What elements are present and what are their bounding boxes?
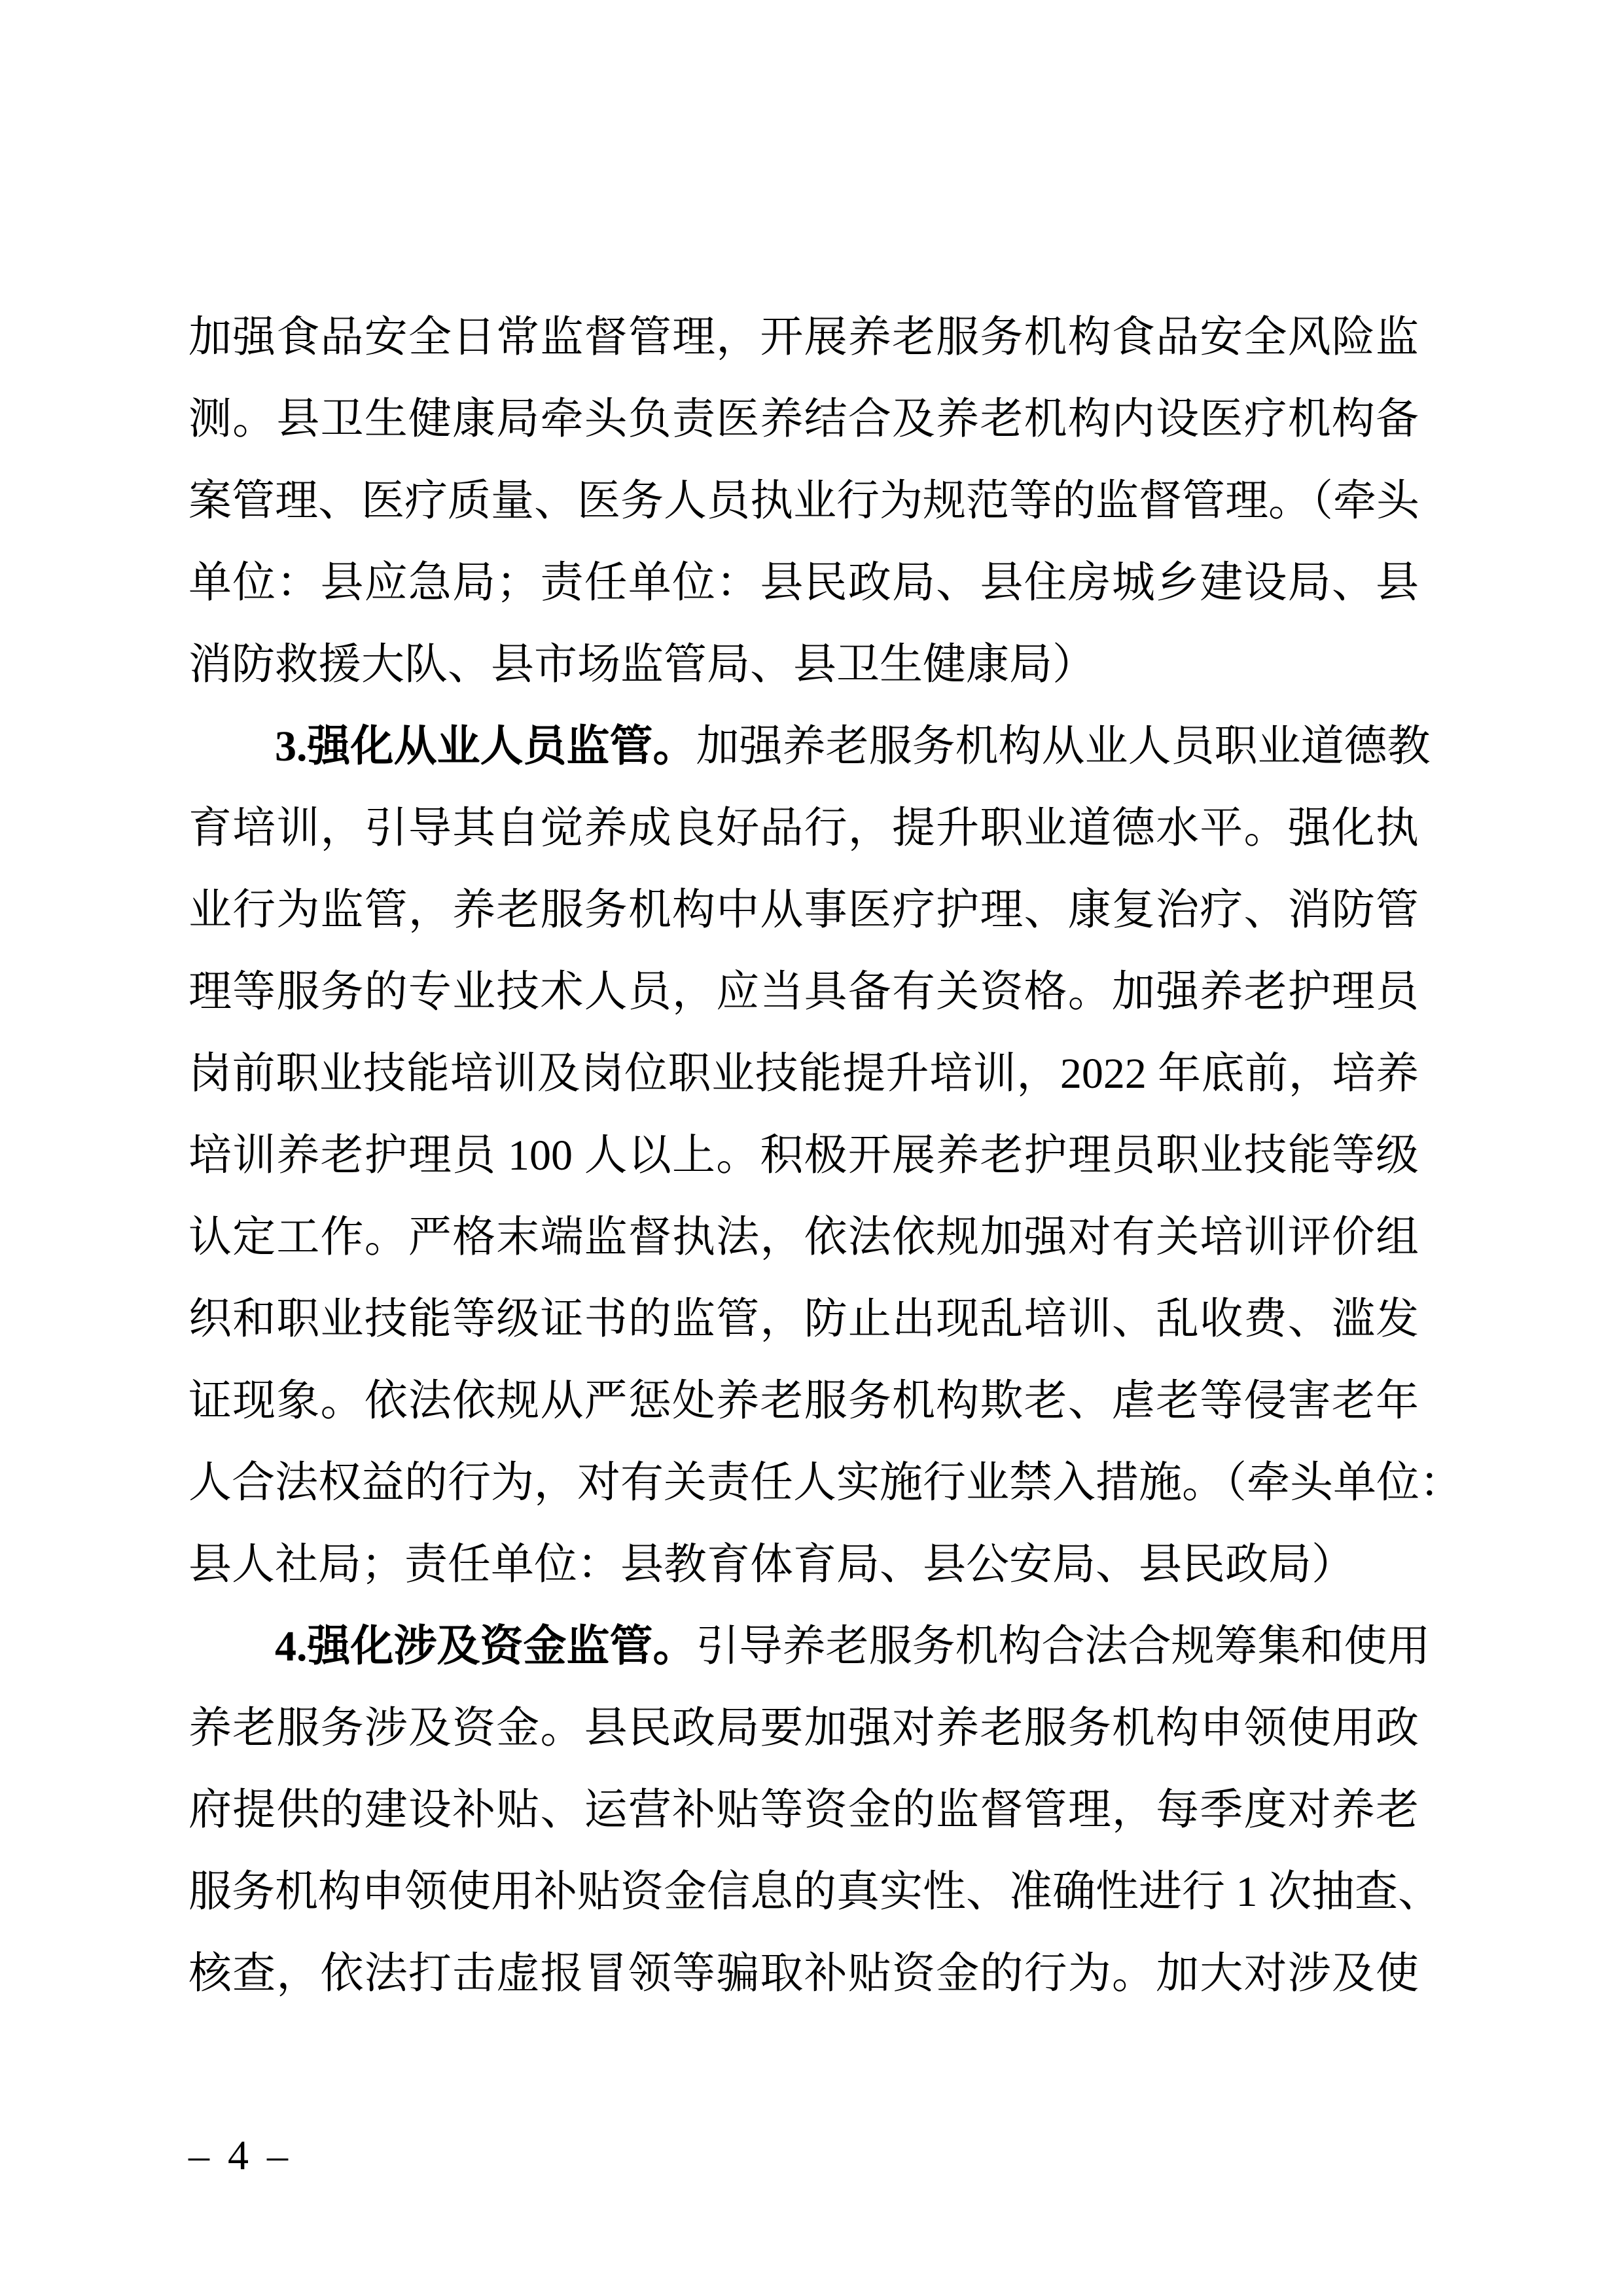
body-text-segment: 服务机构申领使用补贴资金信息的真实性、准确性进行 1 次抽查、 <box>188 1868 1441 1916</box>
text-line: 消防救援大队、县市场监管局、县卫生健康局） <box>188 624 1419 706</box>
text-line: 单位：县应急局；责任单位：县民政局、县住房城乡建设局、县 <box>188 542 1419 624</box>
text-line: 案管理、医疗质量、医务人员执业行为规范等的监督管理。（牵头 <box>188 460 1419 542</box>
body-text-segment: 加强食品安全日常监督管理，开展养老服务机构食品安全风险监 <box>188 314 1419 361</box>
body-text-segment: 证现象。依法依规从严惩处养老服务机构欺老、虐老等侵害老年 <box>188 1377 1419 1425</box>
body-text-segment: 消防救援大队、县市场监管局、县卫生健康局） <box>188 641 1096 689</box>
body-text-segment: 测。县卫生健康局牵头负责医养结合及养老机构内设医疗机构备 <box>188 395 1419 443</box>
heading-text-segment: 3.强化从业人员监管。 <box>275 723 696 770</box>
body-text-segment: 人合法权益的行为，对有关责任人实施行业禁入措施。（牵头单位： <box>188 1459 1463 1507</box>
heading-text-segment: 4.强化涉及资金监管。 <box>275 1623 696 1670</box>
text-line: 育培训，引导其自觉养成良好品行，提升职业道德水平。强化执 <box>188 787 1419 869</box>
text-line: 测。县卫生健康局牵头负责医养结合及养老机构内设医疗机构备 <box>188 378 1419 460</box>
body-text-segment: 岗前职业技能培训及岗位职业技能提升培训，2022 年底前，培养 <box>188 1050 1419 1098</box>
body-text-segment: 织和职业技能等级证书的监管，防止出现乱培训、乱收费、滥发 <box>188 1295 1419 1343</box>
body-text-segment: 引导养老服务机构合法合规筹集和使用 <box>696 1623 1431 1670</box>
text-line: 业行为监管，养老服务机构中从事医疗护理、康复治疗、消防管 <box>188 869 1419 951</box>
text-line: 理等服务的专业技术人员，应当具备有关资格。加强养老护理员 <box>188 951 1419 1033</box>
text-line: 府提供的建设补贴、运营补贴等资金的监督管理，每季度对养老 <box>188 1769 1419 1851</box>
text-line: 岗前职业技能培训及岗位职业技能提升培训，2022 年底前，培养 <box>188 1033 1419 1115</box>
body-text-segment: 核查，依法打击虚报冒领等骗取补贴资金的行为。加大对涉及使 <box>188 1950 1419 1998</box>
body-text-segment: 养老服务涉及资金。县民政局要加强对养老服务机构申领使用政 <box>188 1704 1419 1752</box>
text-line: 3.强化从业人员监管。加强养老服务机构从业人员职业道德教 <box>188 706 1419 787</box>
body-text-segment: 育培训，引导其自觉养成良好品行，提升职业道德水平。强化执 <box>188 804 1419 852</box>
text-line: 培训养老护理员 100 人以上。积极开展养老护理员职业技能等级 <box>188 1115 1419 1196</box>
text-line: 养老服务涉及资金。县民政局要加强对养老服务机构申领使用政 <box>188 1687 1419 1769</box>
body-text-segment: 县人社局；责任单位：县教育体育局、县公安局、县民政局） <box>188 1541 1355 1588</box>
text-line: 认定工作。严格末端监督执法，依法依规加强对有关培训评价组 <box>188 1196 1419 1278</box>
text-line: 4.强化涉及资金监管。引导养老服务机构合法合规筹集和使用 <box>188 1605 1419 1687</box>
text-line: 人合法权益的行为，对有关责任人实施行业禁入措施。（牵头单位： <box>188 1442 1419 1524</box>
body-text-segment: 府提供的建设补贴、运营补贴等资金的监督管理，每季度对养老 <box>188 1786 1419 1834</box>
body-text-segment: 理等服务的专业技术人员，应当具备有关资格。加强养老护理员 <box>188 968 1419 1016</box>
text-line: 核查，依法打击虚报冒领等骗取补贴资金的行为。加大对涉及使 <box>188 1933 1419 2015</box>
body-text-segment: 认定工作。严格末端监督执法，依法依规加强对有关培训评价组 <box>188 1213 1419 1261</box>
body-text-segment: 业行为监管，养老服务机构中从事医疗护理、康复治疗、消防管 <box>188 886 1419 934</box>
document-body: 加强食品安全日常监督管理，开展养老服务机构食品安全风险监测。县卫生健康局牵头负责… <box>188 296 1419 2015</box>
text-line: 证现象。依法依规从严惩处养老服务机构欺老、虐老等侵害老年 <box>188 1360 1419 1442</box>
body-text-segment: 案管理、医疗质量、医务人员执业行为规范等的监督管理。（牵头 <box>188 477 1419 525</box>
page-number: – 4 – <box>188 2134 292 2177</box>
body-text-segment: 培训养老护理员 100 人以上。积极开展养老护理员职业技能等级 <box>188 1132 1419 1179</box>
body-text-segment: 加强养老服务机构从业人员职业道德教 <box>696 723 1431 770</box>
text-line: 服务机构申领使用补贴资金信息的真实性、准确性进行 1 次抽查、 <box>188 1851 1419 1933</box>
body-text-segment: 单位：县应急局；责任单位：县民政局、县住房城乡建设局、县 <box>188 559 1419 607</box>
text-line: 加强食品安全日常监督管理，开展养老服务机构食品安全风险监 <box>188 296 1419 378</box>
text-line: 县人社局；责任单位：县教育体育局、县公安局、县民政局） <box>188 1524 1419 1605</box>
text-line: 织和职业技能等级证书的监管，防止出现乱培训、乱收费、滥发 <box>188 1278 1419 1360</box>
document-page: 加强食品安全日常监督管理，开展养老服务机构食品安全风险监测。县卫生健康局牵头负责… <box>0 0 1623 2296</box>
